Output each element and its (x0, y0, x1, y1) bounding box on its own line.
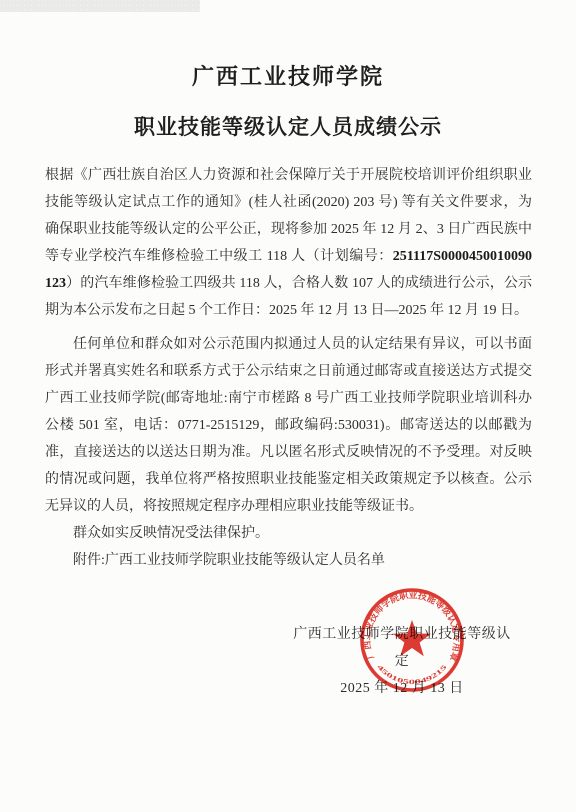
attachment-line: 附件:广西工业技师学院职业技能等级认定人员名单 (45, 547, 532, 574)
body-line: 确保职业技能等级认定的公平公正，现将参加 2025 年 12 月 2、3 日广西… (45, 216, 532, 243)
body-line: 期为本公示发布之日起 5 个工作日：2025 年 12 月 13 日—2025 … (45, 297, 532, 324)
body-line: 无异议的人员，将按照规定程序办理相应职业技能等级证书。 (45, 493, 532, 520)
doc-title-line1: 广西工业技师学院 (0, 0, 576, 92)
body-text: 等专业学校汽车维修检验工中级工 118 人（计划编号： (45, 249, 393, 264)
doc-body: 根据《广西壮族自治区人力资源和社会保障厅关于开展院校培训评价组织职业 技能等级认… (45, 162, 532, 574)
official-seal-graphic: 广西工业技师学院职业技能等级认定专用章 4501050049215 (355, 583, 469, 697)
plan-number-part2: 123 (45, 276, 66, 291)
body-line: 形式并署真实姓名和联系方式于公示结束之日前通过邮寄或直接送达方式提交 (45, 358, 532, 385)
body-text: ）的汽车维修检验工四级共 118 人，合格人数 107 人的成绩进行公示，公示 (66, 276, 532, 291)
body-line: 根据《广西壮族自治区人力资源和社会保障厅关于开展院校培训评价组织职业 (45, 162, 532, 189)
plan-number-part1: 251117S0000450010090 (393, 249, 532, 264)
body-line: 的情况或问题，我单位将严格按照职业技能鉴定相关政策规定予以核查。公示 (45, 466, 532, 493)
official-seal: 广西工业技师学院职业技能等级认定专用章 4501050049215 (355, 583, 469, 697)
paragraph-1: 根据《广西壮族自治区人力资源和社会保障厅关于开展院校培训评价组织职业 技能等级认… (45, 162, 532, 324)
body-line: 123）的汽车维修检验工四级共 118 人，合格人数 107 人的成绩进行公示，… (45, 270, 532, 297)
body-line: 准，直接送达的以送达日期为准。凡以匿名形式反映情况的不予受理。对反映 (45, 439, 532, 466)
body-line: 任何单位和群众如对公示范围内拟通过人员的认定结果有异议，可以书面 (45, 331, 532, 358)
paragraph-2: 任何单位和群众如对公示范围内拟通过人员的认定结果有异议，可以书面 形式并署真实姓… (45, 331, 532, 520)
doc-title-line2: 职业技能等级认定人员成绩公示 (0, 113, 576, 141)
body-line: 公楼 501 室，电话：0771-2515129，邮政编码:530031)。邮寄… (45, 412, 532, 439)
body-line: 广西工业技师学院(邮寄地址:南宁市槎路 8 号广西工业技师学院职业培训科办 (45, 385, 532, 412)
scan-noise (0, 0, 200, 12)
body-line: 等专业学校汽车维修检验工中级工 118 人（计划编号：251117S000045… (45, 243, 532, 270)
paragraph-3: 群众如实反映情况受法律保护。 (45, 520, 532, 547)
document-page: 广西工业技师学院 职业技能等级认定人员成绩公示 根据《广西壮族自治区人力资源和社… (0, 0, 576, 812)
body-line: 技能等级认定试点工作的通知》(桂人社函(2020) 203 号) 等有关文件要求… (45, 189, 532, 216)
seal-star-icon (393, 620, 431, 656)
